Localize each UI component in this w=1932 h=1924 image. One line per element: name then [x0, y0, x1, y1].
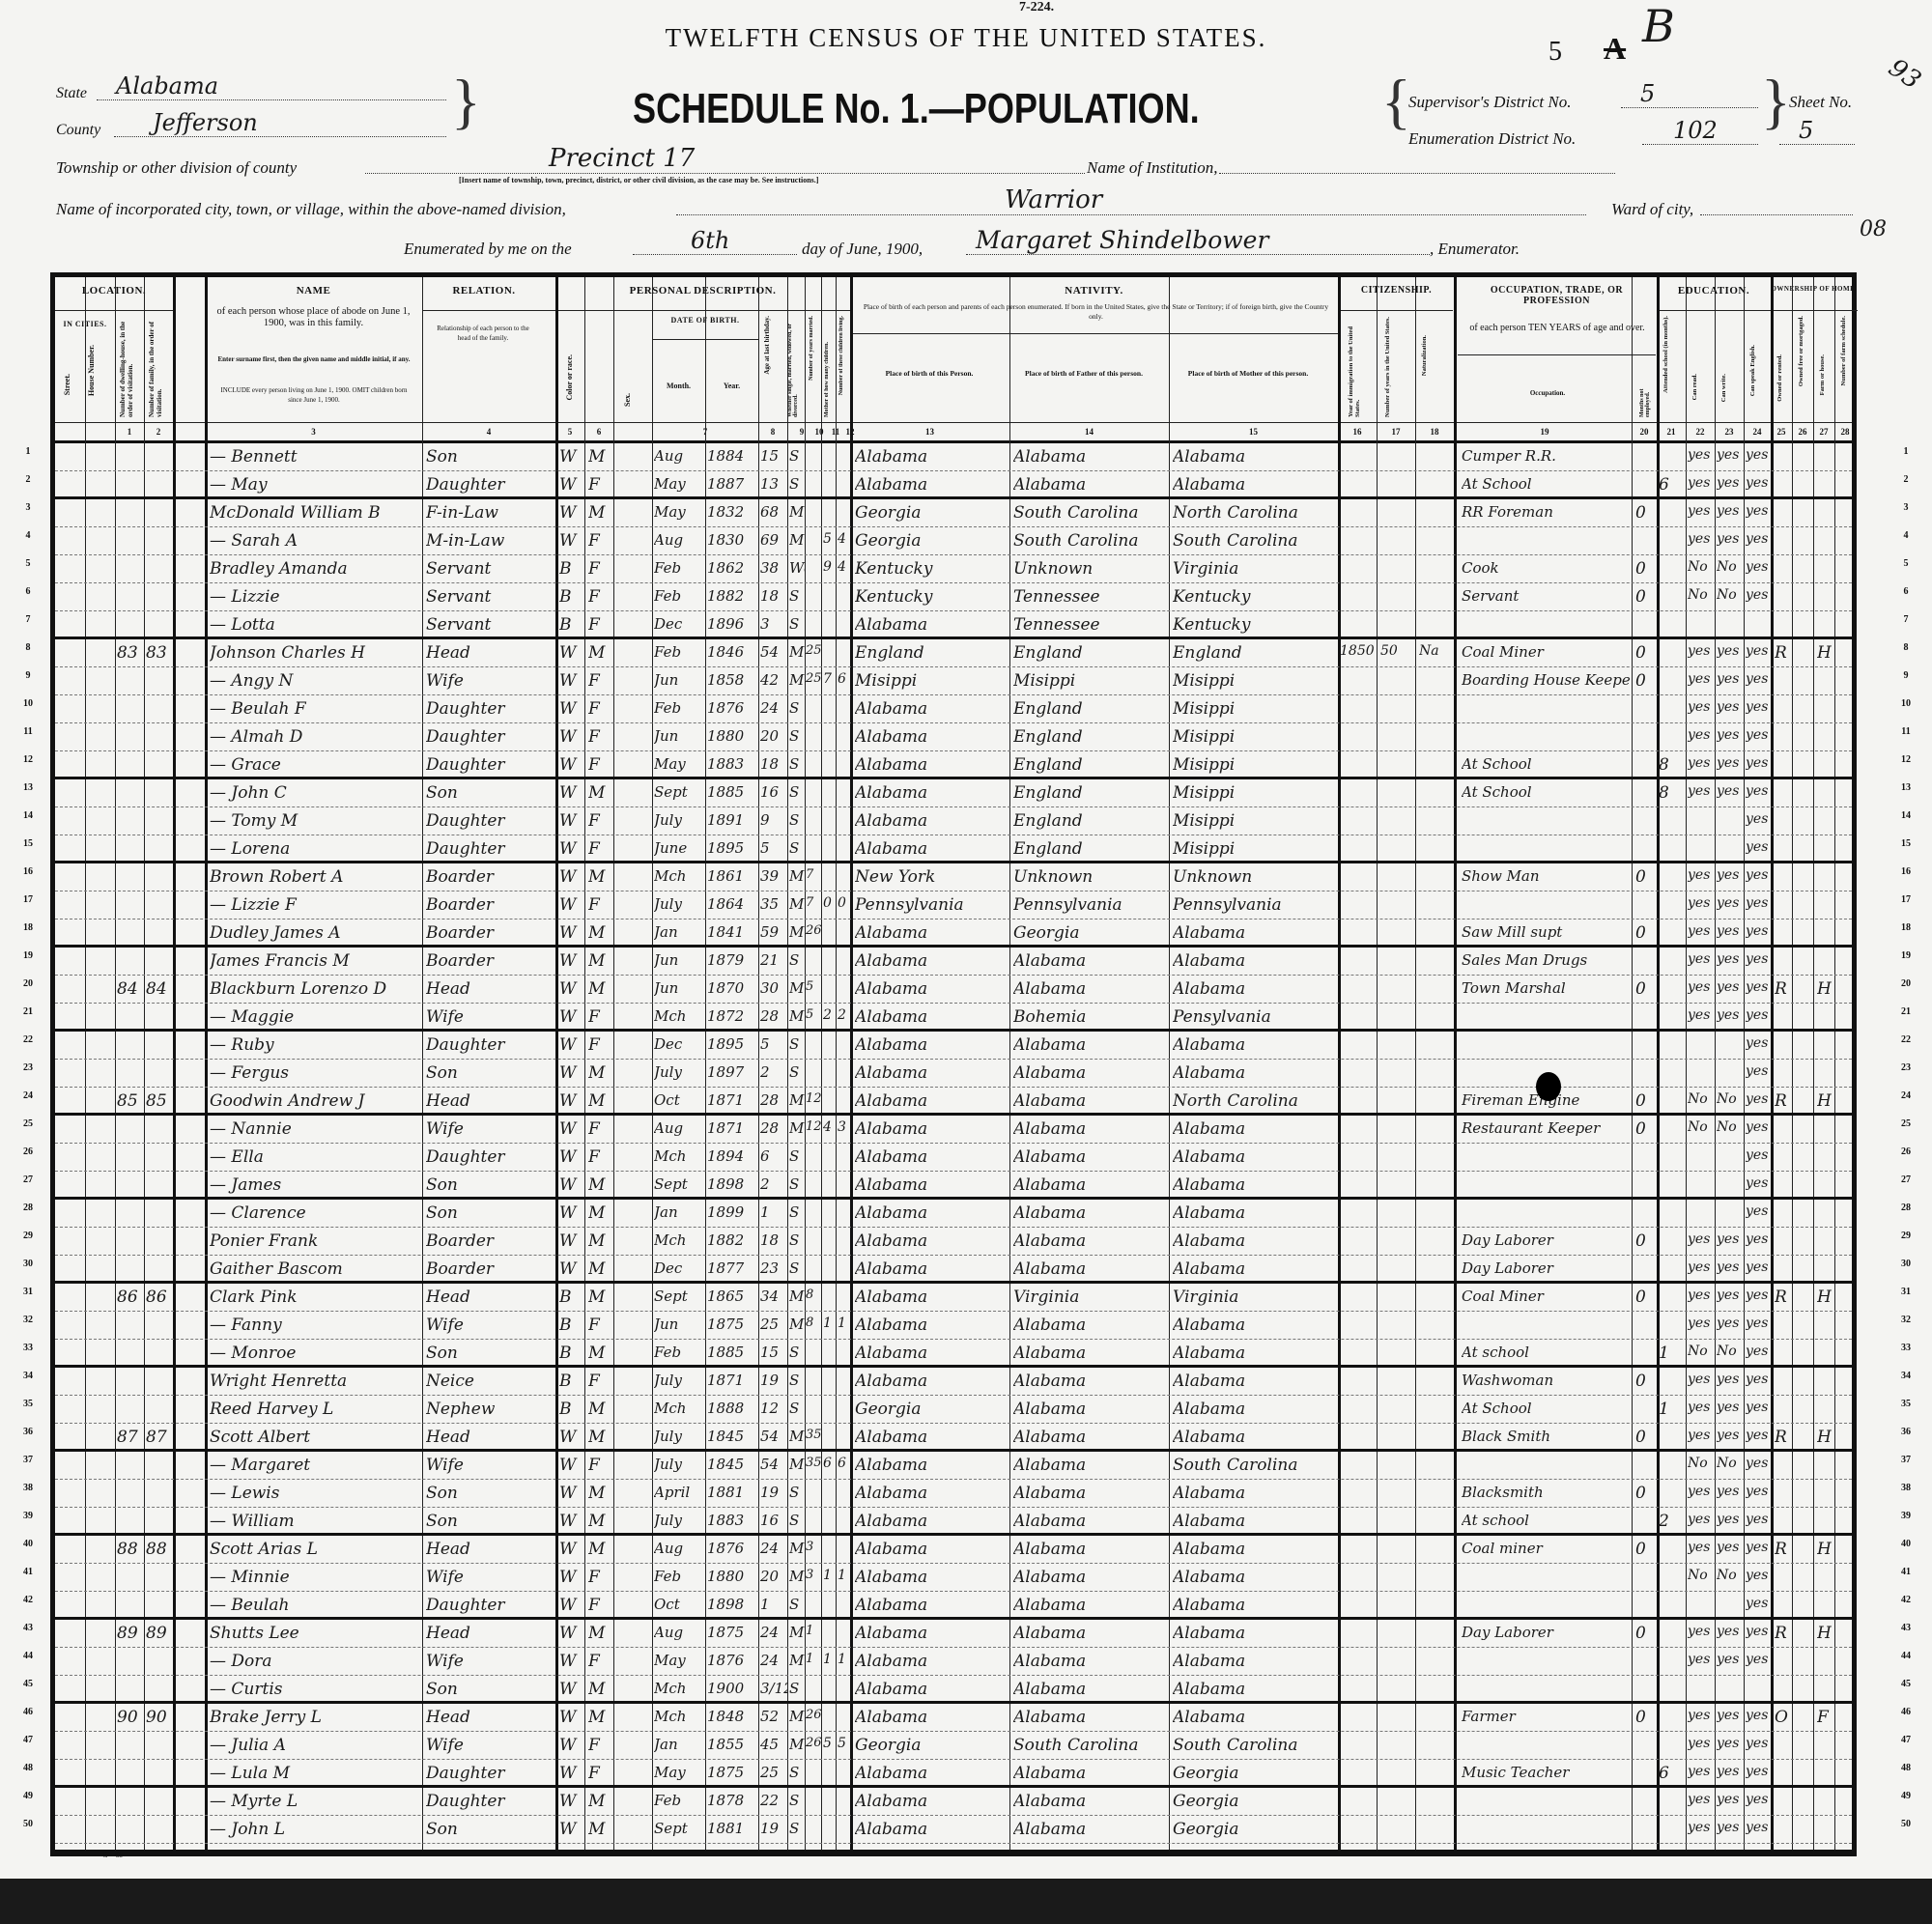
birthplace-mother: Alabama — [1173, 1175, 1337, 1195]
relation: Daughter — [426, 1764, 554, 1783]
birth-year: 1882 — [707, 1231, 757, 1249]
birthplace-mother: Alabama — [1173, 1624, 1337, 1643]
mother-of: 1 — [823, 1652, 836, 1667]
line-number-left: 47 — [17, 1735, 39, 1745]
sex: F — [588, 839, 611, 859]
relation: Wife — [426, 1652, 554, 1671]
line-number-left: 34 — [17, 1371, 39, 1381]
table-row[interactable]: — May Daughter W F May 1887 13 S Alabama… — [55, 471, 1852, 499]
birth-month: Jun — [654, 727, 704, 745]
colnum-3: 3 — [205, 427, 422, 437]
table-row[interactable]: — Clarence Son W M Jan 1899 1 S Alabama … — [55, 1200, 1852, 1228]
birth-month: Mch — [654, 1680, 704, 1697]
age: 13 — [760, 475, 787, 493]
table-row[interactable]: 88 88 Scott Arias L Head W M Aug 1876 24… — [55, 1536, 1852, 1564]
birth-year: 1896 — [707, 615, 757, 633]
occupation: Cumper R.R. — [1462, 447, 1630, 465]
birth-year: 1883 — [707, 1512, 757, 1529]
color: W — [559, 1736, 582, 1755]
birthplace-father: Alabama — [1013, 1792, 1168, 1811]
table-row[interactable]: Ponier Frank Boarder W M Mch 1882 18 S A… — [55, 1228, 1852, 1256]
can-read: yes — [1688, 1652, 1715, 1667]
can-speak-english: yes — [1746, 1428, 1771, 1443]
birthplace-father: Alabama — [1013, 1708, 1168, 1727]
can-write: yes — [1717, 979, 1744, 995]
color: W — [559, 671, 582, 691]
can-speak-english: yes — [1746, 951, 1771, 967]
birth-month: Jun — [654, 671, 704, 689]
birthplace-person: Alabama — [855, 1540, 1008, 1559]
sex: M — [588, 1820, 611, 1839]
table-row[interactable]: — John C Son W M Sept 1885 16 S Alabama … — [55, 779, 1852, 807]
can-speak-english: yes — [1746, 1372, 1771, 1387]
table-row[interactable]: — Nannie Wife W F Aug 1871 28 M 12 4 3 A… — [55, 1116, 1852, 1144]
birth-month: April — [654, 1484, 704, 1501]
marital-status: S — [789, 1400, 805, 1417]
color: W — [559, 1091, 582, 1111]
table-row[interactable]: — Lula M Daughter W F May 1875 25 S Alab… — [55, 1760, 1852, 1788]
group-nativity: NATIVITY. — [850, 285, 1338, 297]
form-code: 7-224. — [1019, 0, 1054, 15]
sex: F — [588, 531, 611, 551]
can-write: yes — [1717, 1820, 1744, 1835]
table-row[interactable]: — Ruby Daughter W F Dec 1895 5 S Alabama… — [55, 1032, 1852, 1060]
marital-status: M — [789, 1456, 805, 1473]
table-row[interactable]: — Grace Daughter W F May 1883 18 S Alaba… — [55, 751, 1852, 779]
table-row[interactable]: — Fanny Wife B F Jun 1875 25 M 8 1 1 Ala… — [55, 1312, 1852, 1340]
dwelling-number: 86 — [117, 1287, 144, 1307]
birthplace-person: Alabama — [855, 1035, 1008, 1055]
table-row[interactable]: — James Son W M Sept 1898 2 S Alabama Al… — [55, 1172, 1852, 1200]
table-row[interactable]: — Minnie Wife W F Feb 1880 20 M 3 1 1 Al… — [55, 1564, 1852, 1592]
line-number-right: 6 — [1895, 586, 1917, 597]
birth-year: 1875 — [707, 1316, 757, 1333]
birthplace-person: Kentucky — [855, 587, 1008, 607]
age: 22 — [760, 1792, 787, 1809]
birth-year: 1875 — [707, 1764, 757, 1781]
birthplace-person: Alabama — [855, 839, 1008, 859]
line-number-left: 41 — [17, 1567, 39, 1577]
table-row[interactable]: — Curtis Son W M Mch 1900 3/12 S Alabama… — [55, 1676, 1852, 1704]
person-name: — Margaret — [210, 1456, 420, 1475]
marital-status: M — [789, 1652, 805, 1669]
months-unemployed: 0 — [1635, 923, 1657, 943]
birthplace-person: Alabama — [855, 1680, 1008, 1699]
marital-status: M — [789, 867, 805, 885]
color: W — [559, 811, 582, 831]
table-row[interactable]: McDonald William B F-in-Law W M May 1832… — [55, 499, 1852, 527]
table-row[interactable]: Brown Robert A Boarder W M Mch 1861 39 M… — [55, 863, 1852, 891]
birthplace-person: Pennsylvania — [855, 895, 1008, 915]
enumerated-day-field[interactable]: 6th — [633, 232, 797, 255]
birthplace-mother: South Carolina — [1173, 1456, 1337, 1475]
birthplace-father: Pennsylvania — [1013, 895, 1168, 915]
sex: F — [588, 1007, 611, 1027]
header-month: Month. — [652, 382, 705, 391]
birthplace-person: Alabama — [855, 615, 1008, 635]
months-unemployed: 0 — [1635, 1231, 1657, 1251]
color: W — [559, 503, 582, 523]
color: W — [559, 1259, 582, 1279]
age: 34 — [760, 1287, 787, 1305]
table-row[interactable]: — Sarah A M-in-Law W F Aug 1830 69 M 5 4… — [55, 527, 1852, 555]
birth-year: 1830 — [707, 531, 757, 549]
marital-status: M — [789, 1568, 805, 1585]
birth-year: 1871 — [707, 1119, 757, 1137]
school-months: 8 — [1659, 755, 1686, 775]
table-row[interactable]: Reed Harvey L Nephew B M Mch 1888 12 S G… — [55, 1396, 1852, 1424]
table-row[interactable]: — Lizzie F Boarder W F July 1864 35 M 7 … — [55, 891, 1852, 920]
table-row[interactable]: — Maggie Wife W F Mch 1872 28 M 5 2 2 Al… — [55, 1004, 1852, 1032]
can-write: yes — [1717, 1512, 1744, 1527]
months-unemployed: 0 — [1635, 1372, 1657, 1391]
age: 54 — [760, 643, 787, 661]
color: W — [559, 1231, 582, 1251]
owned-rented: R — [1775, 979, 1792, 999]
header-owned-free-mortgaged: Owned free or mortgaged. — [1798, 316, 1804, 386]
months-unemployed: 0 — [1635, 1484, 1657, 1503]
can-speak-english: yes — [1746, 1512, 1771, 1527]
marital-status: M — [789, 503, 805, 521]
can-read: yes — [1688, 895, 1715, 911]
table-row[interactable]: 83 83 Johnson Charles H Head W M Feb 184… — [55, 639, 1852, 667]
table-row[interactable]: — Margaret Wife W F July 1845 54 M 35 6 … — [55, 1452, 1852, 1480]
birth-month: Feb — [654, 587, 704, 605]
table-row[interactable]: 86 86 Clark Pink Head B M Sept 1865 34 M… — [55, 1284, 1852, 1312]
color: W — [559, 1484, 582, 1503]
table-row[interactable]: — Almah D Daughter W F Jun 1880 20 S Ala… — [55, 723, 1852, 751]
line-number-left: 12 — [17, 754, 39, 765]
can-speak-english: yes — [1746, 1652, 1771, 1667]
table-row[interactable]: — Lewis Son W M April 1881 19 S Alabama … — [55, 1480, 1852, 1508]
can-read: yes — [1688, 671, 1715, 687]
birth-month: Dec — [654, 1035, 704, 1053]
person-name: Shutts Lee — [210, 1624, 420, 1643]
township-field[interactable]: Precinct 17 — [365, 151, 1085, 174]
family-number: 90 — [146, 1708, 173, 1727]
years-married: 26 — [806, 923, 821, 938]
can-speak-english: yes — [1746, 531, 1771, 547]
birthplace-father: Alabama — [1013, 1344, 1168, 1363]
table-row[interactable]: — Lizzie Servant B F Feb 1882 18 S Kentu… — [55, 583, 1852, 611]
birthplace-father: Tennessee — [1013, 587, 1168, 607]
line-number-left: 37 — [17, 1455, 39, 1465]
line-number-right: 44 — [1895, 1651, 1917, 1661]
person-name: Gaither Bascom — [210, 1259, 420, 1279]
can-write: No — [1717, 1456, 1744, 1471]
can-speak-english: yes — [1746, 475, 1771, 491]
can-read: yes — [1688, 1259, 1715, 1275]
line-number-left: 1 — [17, 446, 39, 457]
can-write: yes — [1717, 531, 1744, 547]
table-row[interactable]: — Tomy M Daughter W F July 1891 9 S Alab… — [55, 807, 1852, 835]
relation: Servant — [426, 559, 554, 579]
relation: Head — [426, 643, 554, 663]
table-row[interactable]: — Lorena Daughter W F June 1895 5 S Alab… — [55, 835, 1852, 863]
can-speak-english: yes — [1746, 699, 1771, 715]
birth-month: May — [654, 503, 704, 521]
table-row[interactable]: — Bennett Son W M Aug 1884 15 S Alabama … — [55, 443, 1852, 471]
can-read: yes — [1688, 1736, 1715, 1751]
can-write: yes — [1717, 1316, 1744, 1331]
enumerated-month-year: day of June, 1900, — [802, 240, 923, 259]
marital-status: S — [789, 1344, 805, 1361]
sex: M — [588, 1063, 611, 1083]
birthplace-father: England — [1013, 699, 1168, 719]
birth-month: Sept — [654, 1287, 704, 1305]
birthplace-mother: Virginia — [1173, 1287, 1337, 1307]
can-read: yes — [1688, 1624, 1715, 1639]
table-row[interactable]: — Angy N Wife W F Jun 1858 42 M 25 7 6 M… — [55, 667, 1852, 695]
relation: Son — [426, 1820, 554, 1839]
line-number-right: 34 — [1895, 1371, 1917, 1381]
birthplace-mother: South Carolina — [1173, 1736, 1337, 1755]
years-married: 3 — [806, 1540, 821, 1554]
birth-year: 1877 — [707, 1259, 757, 1277]
table-row[interactable]: 90 90 Brake Jerry L Head W M Mch 1848 52… — [55, 1704, 1852, 1732]
can-write: No — [1717, 1119, 1744, 1135]
age: 25 — [760, 1316, 787, 1333]
months-unemployed: 0 — [1635, 643, 1657, 663]
months-unemployed: 0 — [1635, 1119, 1657, 1139]
marital-status: S — [789, 1372, 805, 1389]
farm-or-house: H — [1817, 1428, 1834, 1447]
table-row[interactable]: 85 85 Goodwin Andrew J Head W M Oct 1871… — [55, 1088, 1852, 1116]
can-read: yes — [1688, 1512, 1715, 1527]
relation: Daughter — [426, 811, 554, 831]
sex: F — [588, 671, 611, 691]
line-number-right: 3 — [1895, 502, 1917, 513]
birth-month: Mch — [654, 1147, 704, 1165]
marital-status: S — [789, 1764, 805, 1781]
farm-or-house: H — [1817, 1540, 1834, 1559]
sex: M — [588, 1400, 611, 1419]
can-speak-english: yes — [1746, 1736, 1771, 1751]
color: W — [559, 895, 582, 915]
birthplace-mother: Alabama — [1173, 1400, 1337, 1419]
person-name: — Myrte L — [210, 1792, 420, 1811]
relation: Boarder — [426, 1259, 554, 1279]
birthplace-person: Alabama — [855, 1428, 1008, 1447]
birthplace-mother: Alabama — [1173, 1203, 1337, 1223]
county-field[interactable]: Jefferson — [114, 114, 446, 137]
birth-month: Aug — [654, 1624, 704, 1641]
table-row[interactable]: — Beulah Daughter W F Oct 1898 1 S Alaba… — [55, 1592, 1852, 1620]
birthplace-mother: Alabama — [1173, 1540, 1337, 1559]
colnum-2: 2 — [144, 427, 173, 437]
table-row[interactable]: — William Son W M July 1883 16 S Alabama… — [55, 1508, 1852, 1536]
birth-month: June — [654, 839, 704, 857]
birth-month: Mch — [654, 1231, 704, 1249]
state-field[interactable]: Alabama — [97, 77, 446, 100]
sex: M — [588, 1428, 611, 1447]
table-row[interactable]: — Julia A Wife W F Jan 1855 45 M 26 5 5 … — [55, 1732, 1852, 1760]
years-married: 8 — [806, 1316, 821, 1330]
children-living: 2 — [838, 1007, 850, 1023]
can-read: yes — [1688, 755, 1715, 771]
can-speak-english: yes — [1746, 1259, 1771, 1275]
person-name: McDonald William B — [210, 503, 420, 523]
table-row[interactable]: 84 84 Blackburn Lorenzo D Head W M Jun 1… — [55, 976, 1852, 1004]
children-living: 0 — [838, 895, 850, 911]
sex: F — [588, 755, 611, 775]
sex: F — [588, 895, 611, 915]
table-row[interactable]: — Ella Daughter W F Mch 1894 6 S Alabama… — [55, 1144, 1852, 1172]
can-write: yes — [1717, 1287, 1744, 1303]
relation: Son — [426, 1063, 554, 1083]
relation: Son — [426, 447, 554, 467]
years-married: 35 — [806, 1456, 821, 1470]
can-read: yes — [1688, 643, 1715, 659]
can-write: yes — [1717, 1372, 1744, 1387]
person-name: Johnson Charles H — [210, 643, 420, 663]
sex: M — [588, 923, 611, 943]
marital-status: S — [789, 951, 805, 969]
table-row[interactable]: Bradley Amanda Servant B F Feb 1862 38 W… — [55, 555, 1852, 583]
relation: Head — [426, 1708, 554, 1727]
years-married: 35 — [806, 1428, 821, 1442]
mother-of: 6 — [823, 1456, 836, 1471]
birth-month: Feb — [654, 1568, 704, 1585]
can-read: yes — [1688, 923, 1715, 939]
can-write: yes — [1717, 1007, 1744, 1023]
can-read: yes — [1688, 1484, 1715, 1499]
age: 35 — [760, 895, 787, 913]
line-number-left: 38 — [17, 1483, 39, 1493]
can-speak-english: yes — [1746, 1456, 1771, 1471]
relation: Boarder — [426, 867, 554, 887]
can-write: No — [1717, 1091, 1744, 1107]
person-name: — Nannie — [210, 1119, 420, 1139]
months-unemployed: 0 — [1635, 1540, 1657, 1559]
relation: F-in-Law — [426, 503, 554, 523]
years-married: 7 — [806, 867, 821, 882]
sex: F — [588, 615, 611, 635]
marital-status: S — [789, 475, 805, 493]
table-row[interactable]: Dudley James A Boarder W M Jan 1841 59 M… — [55, 920, 1852, 948]
relation: Daughter — [426, 1596, 554, 1615]
table-row[interactable]: 87 87 Scott Albert Head W M July 1845 54… — [55, 1424, 1852, 1452]
birthplace-father: Alabama — [1013, 1400, 1168, 1419]
color: W — [559, 643, 582, 663]
line-number-left: 30 — [17, 1259, 39, 1269]
supervisor-district-field[interactable]: 5 — [1621, 85, 1758, 108]
table-row[interactable]: — John L Son W M Sept 1881 19 S Alabama … — [55, 1816, 1852, 1844]
line-number-right: 39 — [1895, 1511, 1917, 1521]
birth-month: Aug — [654, 447, 704, 465]
table-row[interactable]: James Francis M Boarder W M Jun 1879 21 … — [55, 948, 1852, 976]
children-living: 4 — [838, 559, 850, 575]
township-note: [Insert name of township, town, precinct… — [459, 176, 818, 184]
birth-year: 1871 — [707, 1372, 757, 1389]
birthplace-person: Georgia — [855, 1736, 1008, 1755]
can-read: No — [1688, 1568, 1715, 1583]
table-row[interactable]: 89 89 Shutts Lee Head W M Aug 1875 24 M … — [55, 1620, 1852, 1648]
table-row[interactable]: — Fergus Son W M July 1897 2 S Alabama A… — [55, 1060, 1852, 1088]
marital-status: M — [789, 1428, 805, 1445]
can-speak-english: yes — [1746, 447, 1771, 463]
enumeration-district-field[interactable]: 102 — [1642, 122, 1758, 145]
sheet-number-field[interactable]: 5 — [1779, 122, 1855, 145]
birth-month: Mch — [654, 1708, 704, 1725]
table-row[interactable]: — Beulah F Daughter W F Feb 1876 24 S Al… — [55, 695, 1852, 723]
birthplace-father: Alabama — [1013, 1231, 1168, 1251]
birth-month: July — [654, 895, 704, 913]
institution-field[interactable] — [1219, 151, 1615, 174]
marital-status: M — [789, 979, 805, 997]
sex: M — [588, 643, 611, 663]
sex: F — [588, 1035, 611, 1055]
children-living: 6 — [838, 1456, 850, 1471]
group-ownership: OWNERSHIP OF HOME. — [1771, 285, 1858, 293]
enumerator-field[interactable]: Margaret Shindelbower — [966, 232, 1430, 255]
birthplace-mother: Alabama — [1173, 1147, 1337, 1167]
sex: F — [588, 475, 611, 495]
mother-of: 5 — [823, 1736, 836, 1751]
person-name: — Curtis — [210, 1680, 420, 1699]
table-row[interactable]: — Lotta Servant B F Dec 1896 3 S Alabama… — [55, 611, 1852, 639]
table-row[interactable]: — Monroe Son B M Feb 1885 15 S Alabama A… — [55, 1340, 1852, 1368]
birthplace-person: Misippi — [855, 671, 1008, 691]
sex: F — [588, 811, 611, 831]
birthplace-mother: Alabama — [1173, 1708, 1337, 1727]
dwelling-number: 90 — [117, 1708, 144, 1727]
relation: Servant — [426, 587, 554, 607]
birth-year: 1884 — [707, 447, 757, 465]
marital-status: S — [789, 727, 805, 745]
table-row[interactable]: Wright Henretta Neice B F July 1871 19 S… — [55, 1368, 1852, 1396]
age: 28 — [760, 1091, 787, 1109]
age: 52 — [760, 1708, 787, 1725]
birthplace-person: New York — [855, 867, 1008, 887]
ward-field[interactable] — [1700, 192, 1853, 215]
birthplace-mother: Alabama — [1173, 1231, 1337, 1251]
birth-year: 1887 — [707, 475, 757, 493]
line-number-left: 11 — [17, 726, 39, 737]
birthplace-mother: Alabama — [1173, 475, 1337, 495]
occupation: Cook — [1462, 559, 1630, 577]
birth-year: 1871 — [707, 1091, 757, 1109]
birthplace-father: Alabama — [1013, 1175, 1168, 1195]
birth-year: 1883 — [707, 755, 757, 773]
relation: Daughter — [426, 1035, 554, 1055]
birth-month: Sept — [654, 1820, 704, 1837]
birthplace-father: Alabama — [1013, 1456, 1168, 1475]
can-speak-english: yes — [1746, 1540, 1771, 1555]
years-married: 12 — [806, 1119, 821, 1134]
sex: F — [588, 1372, 611, 1391]
can-write: yes — [1717, 895, 1744, 911]
occupation: Boarding House Keeper — [1462, 671, 1630, 689]
table-row[interactable]: — Dora Wife W F May 1876 24 M 1 1 1 Alab… — [55, 1648, 1852, 1676]
relation: Wife — [426, 1316, 554, 1335]
line-number-right: 40 — [1895, 1539, 1917, 1549]
color: B — [559, 1316, 582, 1335]
line-number-left: 22 — [17, 1034, 39, 1045]
line-number-right: 25 — [1895, 1118, 1917, 1129]
header-family-number: Number of family, in the order of visita… — [148, 316, 163, 417]
line-number-left: 46 — [17, 1707, 39, 1717]
color: W — [559, 1792, 582, 1811]
birth-month: Mch — [654, 1007, 704, 1025]
age: 18 — [760, 755, 787, 773]
city-field[interactable]: Warrior — [676, 192, 1586, 215]
table-row[interactable]: — Myrte L Daughter W M Feb 1878 22 S Ala… — [55, 1788, 1852, 1816]
table-row[interactable]: Gaither Bascom Boarder W M Dec 1877 23 S… — [55, 1256, 1852, 1284]
sex: M — [588, 1624, 611, 1643]
birthplace-person: Alabama — [855, 1708, 1008, 1727]
months-unemployed: 0 — [1635, 1428, 1657, 1447]
